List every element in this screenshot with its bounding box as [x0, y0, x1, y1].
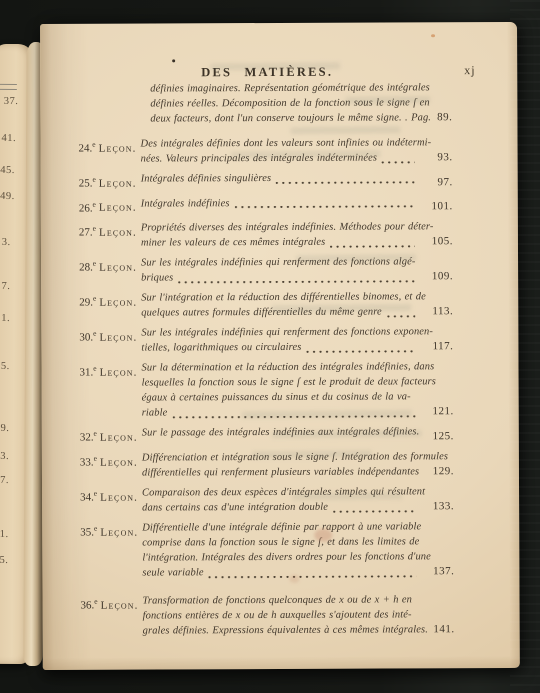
- entry-page-number: 117.: [419, 340, 453, 355]
- lecon-label: 33.eLeçon.: [80, 451, 142, 481]
- adjacent-page-number: 37.: [4, 96, 19, 107]
- toc-entry-line: riable: [142, 405, 420, 421]
- lecon-label: 34.eLeçon.: [80, 486, 142, 516]
- entry-page-number: 97.: [419, 175, 453, 190]
- toc-entry: 36.eLeçon.Transformation de fonctions qu…: [42, 592, 454, 639]
- toc-entry: 25.eLeçon.Intégrales définies singulière…: [41, 170, 453, 191]
- toc-entry: 30.eLeçon.Sur les intégrales indéfinies …: [41, 325, 453, 357]
- lecon-label: 31.eLeçon.: [79, 361, 141, 421]
- toc-entry: 34.eLeçon.Comparaison des deux espèces d…: [42, 484, 454, 516]
- dot-leader: [276, 174, 415, 186]
- toc-entry-line: l'intégration. Intégrales des divers ord…: [142, 549, 420, 565]
- toc-entry-line: différentielles qui renferment plusieurs…: [142, 464, 420, 480]
- dot-leader: [333, 503, 416, 514]
- adjacent-page-number: 5.: [0, 555, 8, 566]
- adjacent-page-number: 7.: [1, 281, 10, 292]
- lecon-label: 24.eLeçon.: [78, 137, 140, 167]
- toc-entry-line: tielles, logarithmiques ou circulaires: [141, 340, 419, 356]
- toc-entry-line: Transformation de fonctions quelconques …: [142, 592, 420, 608]
- entry-page-number: 105.: [419, 235, 453, 250]
- dot-leader: [172, 409, 415, 421]
- toc-entry-line: briques: [141, 270, 419, 286]
- toc-entry-line: dans certains cas d'une intégration doub…: [142, 499, 420, 515]
- entry-page-number: 129.: [420, 464, 454, 479]
- toc-entry: 35.eLeçon.Différentielle d'une intégrale…: [42, 519, 454, 581]
- toc-entry-line: comprise dans la fonction sous le signe …: [142, 534, 420, 550]
- entry-page-number: 137.: [420, 564, 454, 579]
- toc-entry: 29.eLeçon.Sur l'intégration et la réduct…: [41, 290, 453, 322]
- toc-entry-line: Sur le passage des intégrales indéfinies…: [142, 425, 420, 441]
- dot-leader: [330, 239, 415, 250]
- lecon-label: 29.eLeçon.: [79, 291, 141, 321]
- entry-text: Sur la détermination et la réduction des…: [141, 360, 419, 421]
- table-of-contents: définies imaginaires. Représentation géo…: [40, 80, 454, 644]
- scanned-book-photo: 37.41.45.49.3.7.1.5.9.3.7.1.5. DES MATIÈ…: [0, 0, 540, 693]
- entry-text: Transformation de fonctions quelconques …: [142, 592, 420, 638]
- entry-page-number: 121.: [420, 405, 454, 420]
- lecon-label: 25.eLeçon.: [79, 172, 141, 192]
- toc-entry: 27.eLeçon.Propriétés diverses des intégr…: [41, 220, 453, 252]
- entry-text: Sur le passage des intégrales indéfinies…: [142, 425, 420, 446]
- adjacent-page-number: 1.: [1, 313, 10, 324]
- dot-leader: [306, 344, 415, 355]
- lecon-label: 36.eLeçon.: [80, 594, 142, 639]
- toc-entry: 26.eLeçon.Intégrales indéfinies101.: [41, 195, 453, 216]
- toc-entry: 28.eLeçon.Sur les intégrales indéfinies …: [41, 255, 453, 287]
- toc-entry-line: Intégrales définies singulières: [141, 170, 419, 186]
- adjacent-page-number: 3.: [2, 237, 11, 248]
- entry-page-number: 109.: [419, 270, 453, 285]
- toc-entry: 33.eLeçon.Différenciation et intégration…: [42, 449, 454, 481]
- entry-text: Propriétés diverses des intégrales indéf…: [141, 220, 419, 251]
- previous-page-rule-mark: [0, 84, 17, 90]
- toc-continuation-block: définies imaginaires. Représentation géo…: [40, 80, 452, 127]
- lecon-label: 26.eLeçon.: [79, 196, 141, 216]
- adjacent-page-number: 49.: [0, 191, 15, 202]
- entry-page-number: 113.: [419, 305, 453, 320]
- toc-entry: 31.eLeçon.Sur la détermination et la réd…: [41, 360, 453, 422]
- lecon-label: 30.eLeçon.: [79, 326, 141, 356]
- toc-entry-line: Comparaison des deux espèces d'intégrale…: [142, 484, 420, 500]
- toc-entry-line: grales définies. Expressions équivalente…: [143, 622, 421, 638]
- toc-entry-line: deux facteurs, dont l'un conserve toujou…: [150, 110, 418, 126]
- adjacent-page-number: 41.: [1, 133, 16, 144]
- toc-entry-line: Différenciation et intégration sous le s…: [142, 449, 420, 465]
- toc-entry-line: miner les valeurs de ces mêmes intégrale…: [141, 235, 419, 251]
- entry-text: Des intégrales définies dont les valeurs…: [140, 135, 418, 166]
- adjacent-page-number: 9.: [0, 423, 9, 434]
- toc-entry-line: Sur les intégrales indéfinies qui renfer…: [141, 255, 419, 271]
- toc-entry-line: Sur les intégrales indéfinies qui renfer…: [141, 325, 419, 341]
- entry-text: Intégrales indéfinies: [141, 195, 419, 216]
- toc-continuation-page-number: 89.: [418, 110, 452, 125]
- toc-entry-line: lesquelles la fonction sous le signe ſ e…: [142, 375, 420, 391]
- dot-leader: [209, 568, 417, 580]
- dot-leader: [178, 274, 415, 286]
- toc-entry-line: Des intégrales définies dont les valeurs…: [140, 135, 418, 151]
- dot-leader: [382, 154, 415, 165]
- running-header: DES MATIÈRES.: [201, 65, 333, 81]
- entry-text: Comparaison des deux espèces d'intégrale…: [142, 484, 420, 515]
- entry-text: Différenciation et intégration sous le s…: [142, 449, 420, 480]
- adjacent-page-number: 3.: [0, 451, 9, 462]
- ink-speck: [172, 59, 175, 62]
- toc-entry-line: égaux à certaines puissances du sinus et…: [142, 390, 420, 406]
- toc-entry-line: Propriétés diverses des intégrales indéf…: [141, 220, 419, 236]
- entry-text: Sur l'intégration et la réduction des di…: [141, 290, 419, 321]
- entry-text: Sur les intégrales indéfinies qui renfer…: [141, 255, 419, 286]
- adjacent-page-number: 1.: [0, 529, 9, 540]
- adjacent-page-number: 5.: [1, 361, 10, 372]
- toc-entry-line: Sur la détermination et la réduction des…: [141, 360, 419, 376]
- book-page: DES MATIÈRES. xj définies imaginaires. R…: [40, 22, 520, 670]
- entry-page-number: 141.: [421, 622, 455, 637]
- toc-entry-line: quelques autres formules différentielles…: [141, 305, 419, 321]
- lecon-label: 27.eLeçon.: [79, 221, 141, 251]
- toc-continuation-text: définies imaginaires. Représentation géo…: [150, 80, 418, 126]
- entry-page-number: 93.: [419, 150, 453, 165]
- toc-entry-line: définies réelles. Décomposition de la fo…: [150, 95, 418, 111]
- toc-entry-line: nées. Valeurs principales des intégrales…: [141, 150, 419, 166]
- entry-page-number: 101.: [419, 200, 453, 215]
- toc-entry-line: Différentielle d'une intégrale définie p…: [142, 519, 420, 535]
- entry-page-number: 133.: [420, 499, 454, 514]
- toc-entries: 24.eLeçon.Des intégrales définies dont l…: [40, 135, 454, 639]
- paper-speck: [431, 34, 435, 37]
- toc-entry-line: seule variable: [142, 564, 420, 580]
- entry-text: Sur les intégrales indéfinies qui renfer…: [141, 325, 419, 356]
- toc-entry: 24.eLeçon.Des intégrales définies dont l…: [40, 135, 452, 167]
- dot-leader: [387, 309, 416, 320]
- dot-leader: [235, 199, 415, 211]
- adjacent-page-number: 7.: [0, 475, 9, 486]
- entry-page-number: 125.: [420, 429, 454, 444]
- toc-entry-line: Intégrales indéfinies: [141, 195, 419, 211]
- entry-text: Différentielle d'une intégrale définie p…: [142, 519, 420, 580]
- adjacent-page-number: 45.: [0, 165, 15, 176]
- toc-entry-line: Sur l'intégration et la réduction des di…: [141, 290, 419, 306]
- toc-entry: 32.eLeçon.Sur le passage des intégrales …: [42, 425, 454, 446]
- toc-entry-line: définies imaginaires. Représentation géo…: [150, 80, 418, 96]
- lecon-label: 32.eLeçon.: [80, 426, 142, 446]
- folio-page-number: xj: [464, 63, 475, 78]
- lecon-label: 28.eLeçon.: [79, 256, 141, 286]
- entry-text: Intégrales définies singulières: [141, 170, 419, 191]
- toc-entry-line: fonctions entières de x ou de h auxquell…: [143, 607, 421, 623]
- lecon-label: 35.eLeçon.: [80, 521, 142, 581]
